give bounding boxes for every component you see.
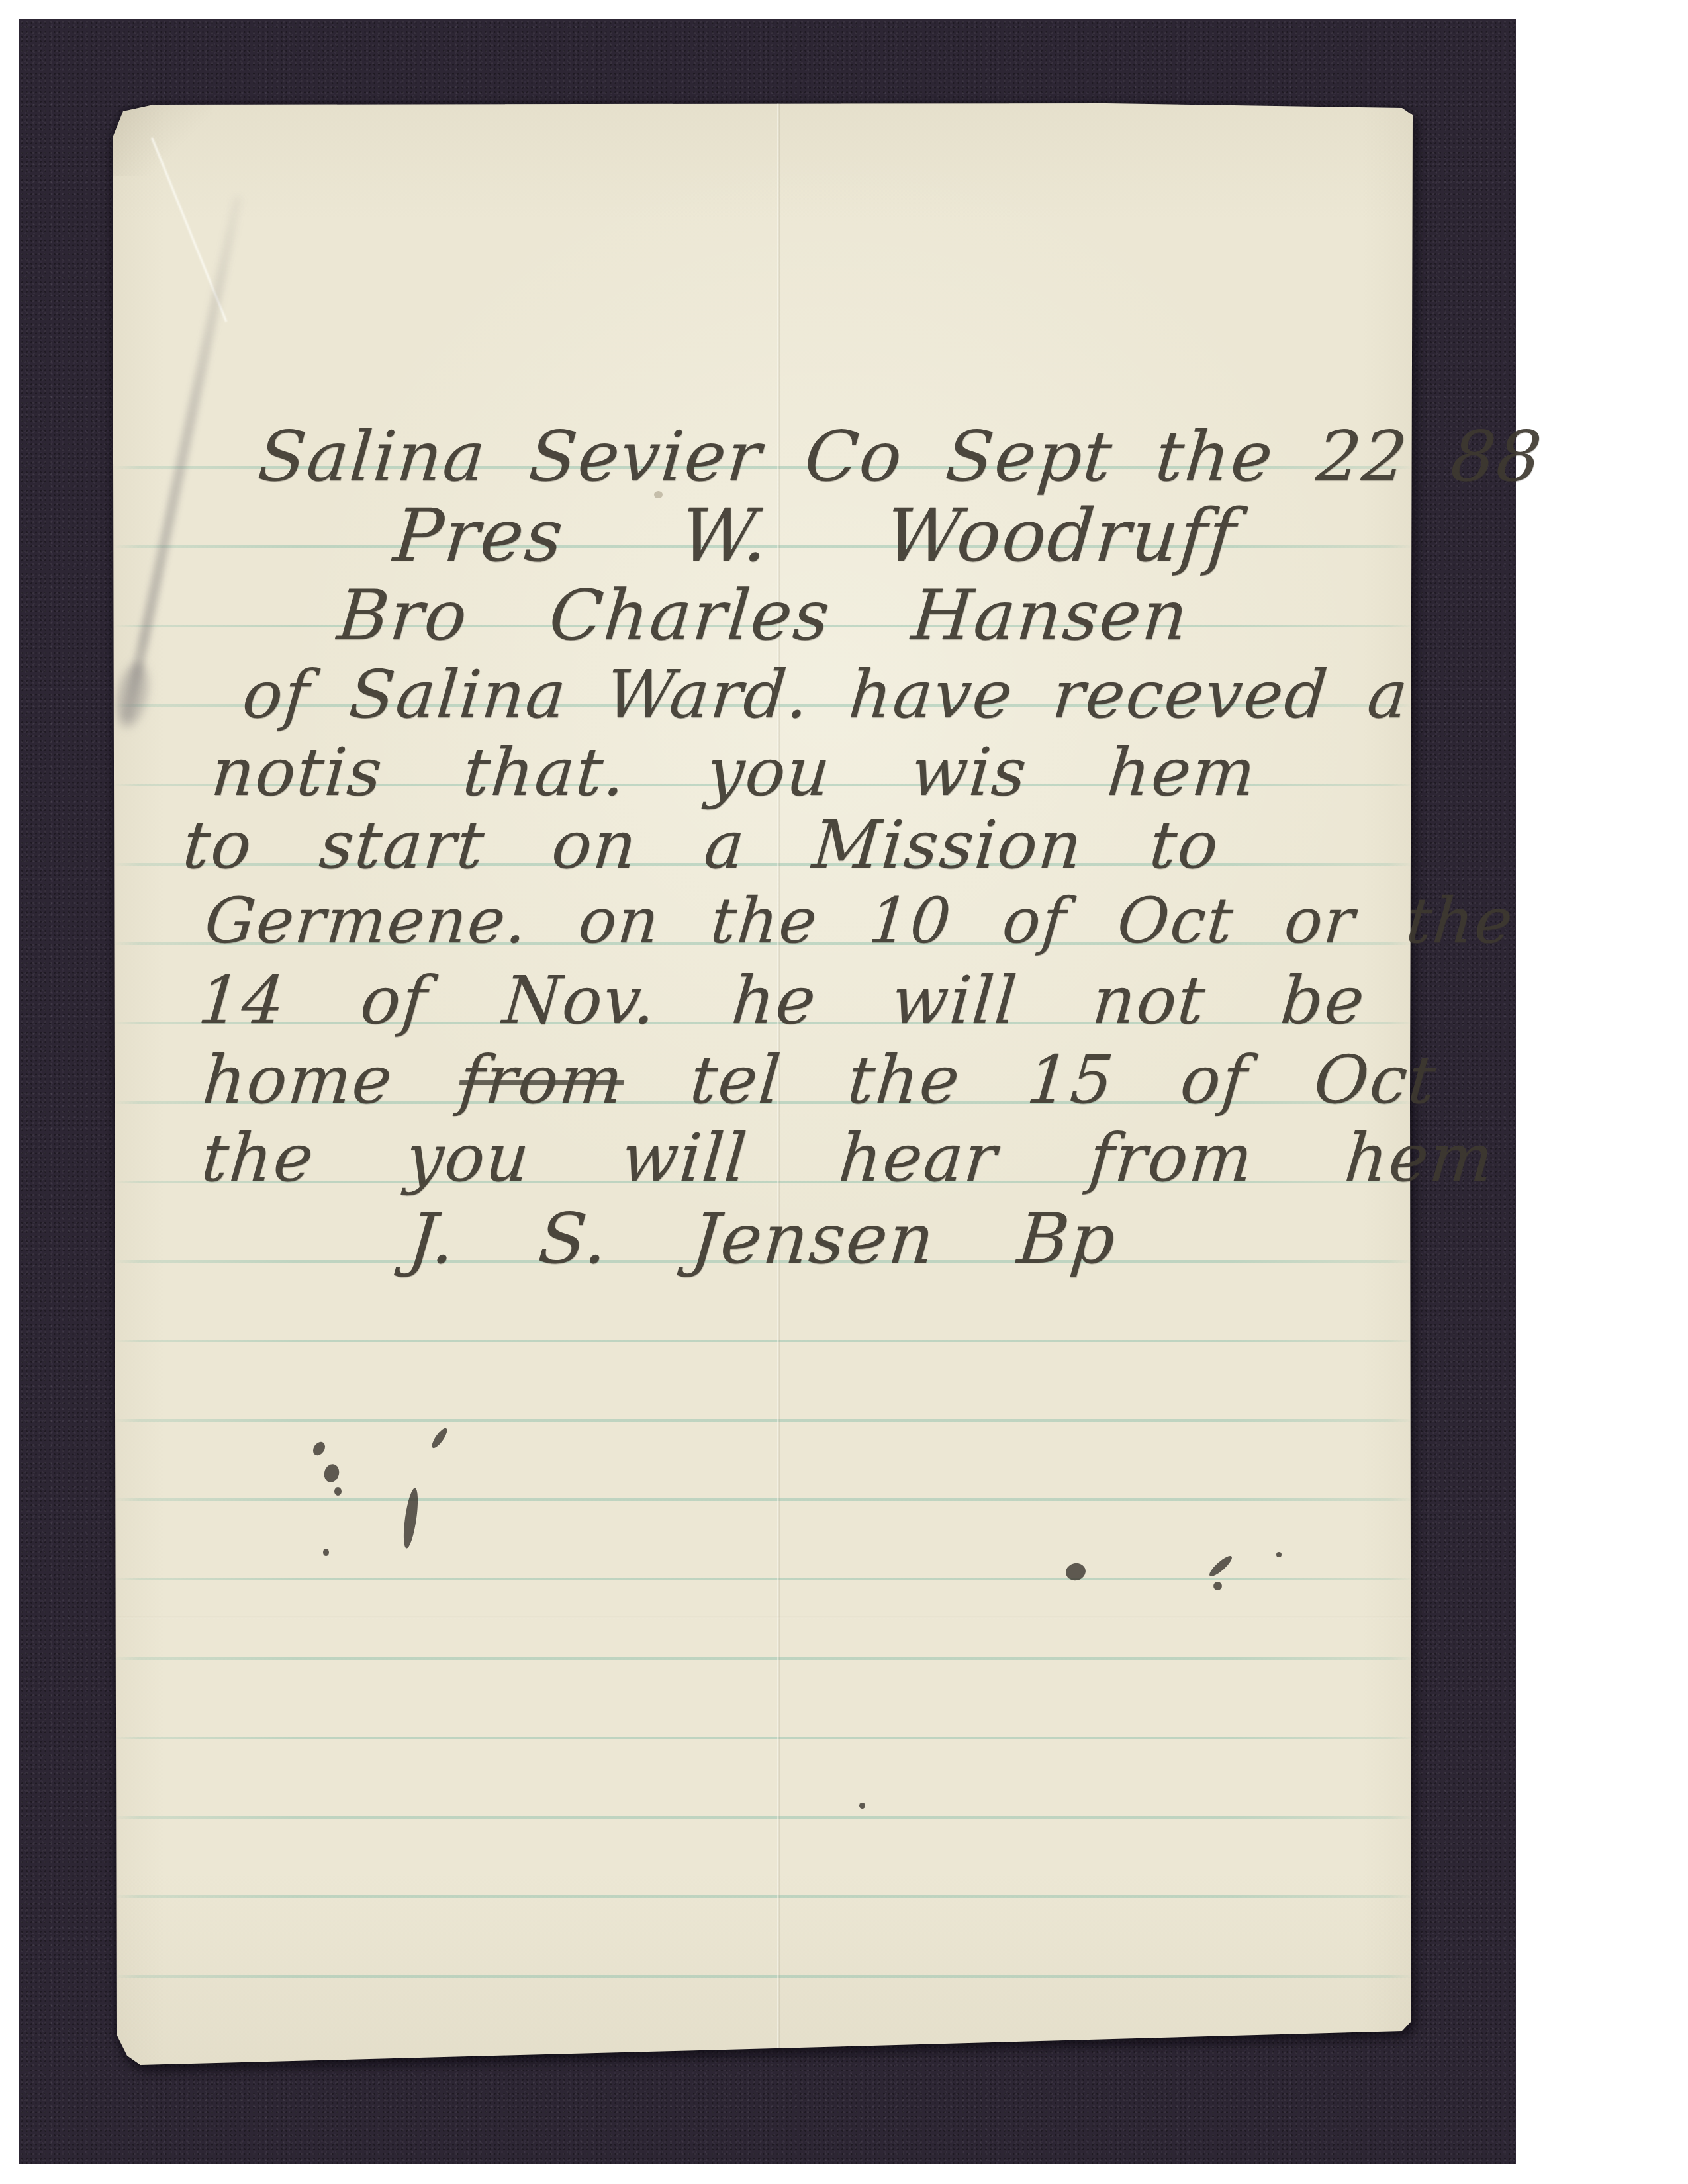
horizontal-fold-crease — [113, 1616, 1414, 1619]
scanned-letter-photo: Salina Sevier Co Sept the 22 88Pres W. W… — [0, 0, 1688, 2184]
ruled-line — [113, 1260, 1414, 1263]
ruled-line — [113, 1816, 1414, 1819]
ruled-line — [113, 625, 1414, 627]
vertical-fold-crease — [777, 103, 780, 2068]
ruled-line — [113, 1498, 1414, 1501]
ruled-line — [113, 1101, 1414, 1104]
ruled-line — [113, 545, 1414, 548]
letter-paper-wrap — [113, 103, 1414, 2068]
ruled-line — [113, 863, 1414, 866]
ruled-line — [113, 784, 1414, 786]
ruled-line — [113, 1657, 1414, 1660]
ruled-line — [113, 1022, 1414, 1024]
ruled-line — [113, 1340, 1414, 1342]
ruled-line — [113, 466, 1414, 469]
ruled-line — [113, 1181, 1414, 1183]
ruled-line — [113, 704, 1414, 707]
ruled-line — [113, 942, 1414, 945]
ruled-line — [113, 1578, 1414, 1580]
letter-paper — [113, 103, 1414, 2068]
ruled-line — [113, 1419, 1414, 1422]
ruled-line — [113, 1975, 1414, 1978]
ruled-line — [113, 1737, 1414, 1739]
ruled-line — [113, 1895, 1414, 1898]
